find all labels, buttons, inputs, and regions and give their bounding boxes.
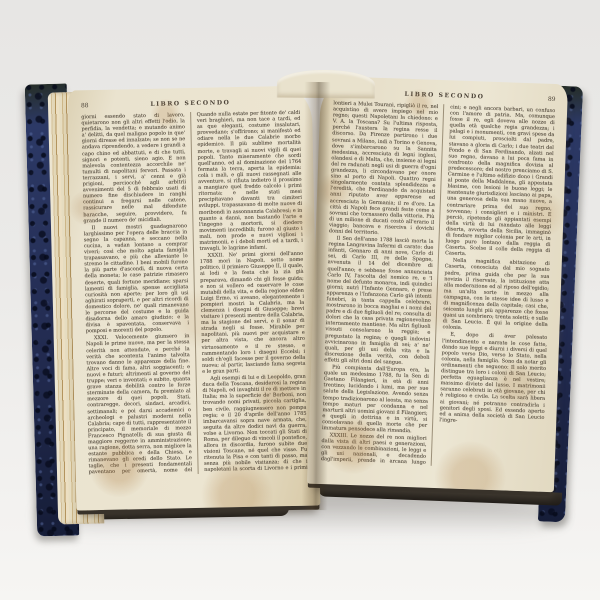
left-page-number: 88 xyxy=(81,102,97,109)
photo-background: 88 LIBRO SECONDO giorni essendo stato di… xyxy=(0,0,600,600)
paragraph: Più compianta dall'Europa era, la quale … xyxy=(322,364,429,435)
right-page-columns: lontieri a Mulei Tourani, ripigliò il re… xyxy=(321,100,555,470)
paragraph: Agli esempi di lui e di Leopoldo, gran d… xyxy=(202,374,308,474)
left-column-2: Quando nulla estate per fitonte de' cald… xyxy=(190,110,308,474)
left-page-columns: giorni essendo stato di lavoro, quietaro… xyxy=(81,110,308,477)
paragraph: Il nuovi mostri guadagnarono larghissimo… xyxy=(83,223,189,335)
right-page-number: 89 xyxy=(539,95,555,103)
left-column-1: giorni essendo stato di lavoro, quietaro… xyxy=(81,112,197,476)
paragraph: giorni essendo stato di lavoro, quietaro… xyxy=(81,112,187,224)
right-page: LIBRO SECONDO 89 lontieri a Mulei Touran… xyxy=(307,76,568,492)
left-running-header: 88 LIBRO SECONDO xyxy=(81,98,300,110)
paragraph: Quando nulla estate per fitonte de' cald… xyxy=(197,110,303,252)
left-page: 88 LIBRO SECONDO giorni essendo stato di… xyxy=(68,85,321,510)
paragraph: XXXII. Ne' primi giorni dell'anno 1788 m… xyxy=(200,251,306,375)
paragraph: Il Sen dell'anno 1788 lasciò morta la re… xyxy=(324,235,433,367)
paragraph: cini; e negli ancora barbari, un confuso… xyxy=(445,104,555,260)
paragraph: lontieri a Mulei Tourani, ripigliò il re… xyxy=(329,100,439,238)
left-page-surface: 88 LIBRO SECONDO giorni essendo stato di… xyxy=(68,85,321,510)
open-book: 88 LIBRO SECONDO giorni essendo stato di… xyxy=(26,58,576,536)
paragraph: Nella magnifica abitazione di Caserta, c… xyxy=(442,258,549,335)
gutter-top-curve xyxy=(277,69,375,98)
right-column-1: lontieri a Mulei Tourani, ripigliò il re… xyxy=(321,100,444,466)
paragraph: E, dopo di aver palesato l'intendimento … xyxy=(439,332,547,427)
paragraph: XXXIII. Le nozze del re non migliori dal… xyxy=(321,432,427,466)
right-column-2: cini; e negli ancora barbari, un confuso… xyxy=(431,104,556,470)
left-running-title: LIBRO SECONDO xyxy=(97,98,284,109)
right-page-surface: LIBRO SECONDO 89 lontieri a Mulei Touran… xyxy=(307,76,568,492)
right-running-title: LIBRO SECONDO xyxy=(350,89,540,103)
paragraph: XXXI. Velocemente giunsero in Napoli le … xyxy=(86,333,193,476)
